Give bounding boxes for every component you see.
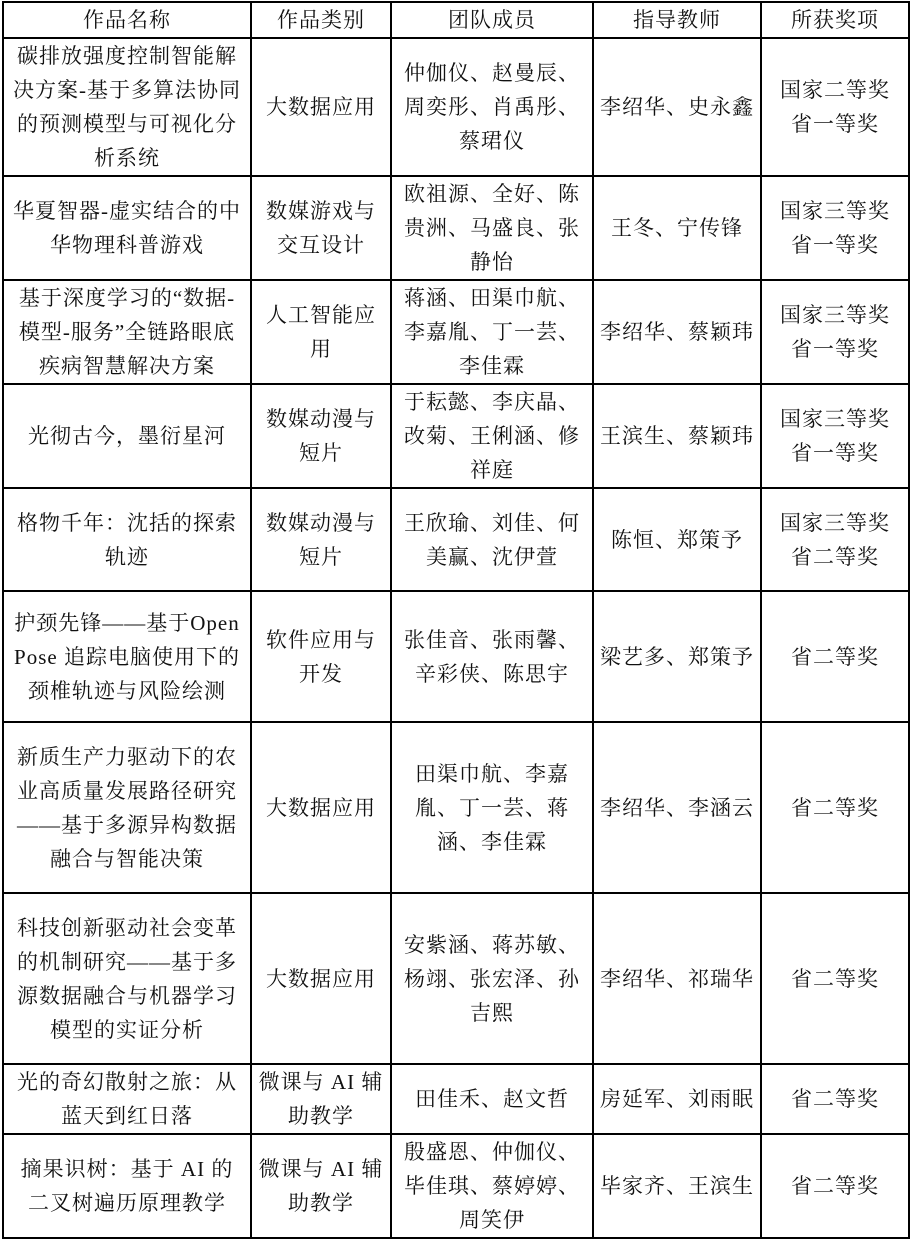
award-provincial: 省一等奖 xyxy=(768,332,902,366)
category: 数媒游戏与交互设计 xyxy=(251,176,391,280)
project-name: 摘果识树：基于 AI 的二叉树遍历原理教学 xyxy=(3,1134,251,1238)
table-row: 格物千年：沈括的探索轨迹 数媒动漫与短片 王欣瑜、刘佳、何美赢、沈伊萱 陈恒、郑… xyxy=(3,488,909,591)
advisor: 房延军、刘雨眠 xyxy=(593,1064,761,1134)
team-members: 蒋涵、田渠巾航、李嘉胤、丁一芸、李佳霖 xyxy=(391,280,593,384)
award-provincial: 省二等奖 xyxy=(768,640,902,674)
advisor: 李绍华、蔡颖玮 xyxy=(593,280,761,384)
team-members: 殷盛恩、仲伽仪、毕佳琪、蔡婷婷、周笑伊 xyxy=(391,1134,593,1238)
award: 国家二等奖 省一等奖 xyxy=(761,38,909,176)
award-provincial: 省二等奖 xyxy=(768,540,902,574)
project-name: 碳排放强度控制智能解决方案-基于多算法协同的预测模型与可视化分析系统 xyxy=(3,38,251,176)
category: 数媒动漫与短片 xyxy=(251,384,391,488)
project-name: 科技创新驱动社会变革的机制研究——基于多源数据融合与机器学习模型的实证分析 xyxy=(3,893,251,1064)
project-name: 新质生产力驱动下的农业高质量发展路径研究——基于多源异构数据融合与智能决策 xyxy=(3,722,251,893)
award-national: 国家二等奖 xyxy=(768,73,902,107)
table-row: 光的奇幻散射之旅：从蓝天到红日落 微课与 AI 辅助教学 田佳禾、赵文哲 房延军… xyxy=(3,1064,909,1134)
team-members: 仲伽仪、赵曼辰、周奕彤、肖禹彤、蔡珺仪 xyxy=(391,38,593,176)
advisor: 王滨生、蔡颖玮 xyxy=(593,384,761,488)
category: 大数据应用 xyxy=(251,722,391,893)
advisor: 毕家齐、王滨生 xyxy=(593,1134,761,1238)
award-national: 国家三等奖 xyxy=(768,506,902,540)
project-name: 格物千年：沈括的探索轨迹 xyxy=(3,488,251,591)
category: 微课与 AI 辅助教学 xyxy=(251,1064,391,1134)
award: 省二等奖 xyxy=(761,591,909,722)
award-national: 国家三等奖 xyxy=(768,402,902,436)
table-row: 碳排放强度控制智能解决方案-基于多算法协同的预测模型与可视化分析系统 大数据应用… xyxy=(3,38,909,176)
category: 微课与 AI 辅助教学 xyxy=(251,1134,391,1238)
category: 大数据应用 xyxy=(251,38,391,176)
team-members: 张佳音、张雨馨、辛彩侠、陈思宇 xyxy=(391,591,593,722)
award-national: 国家三等奖 xyxy=(768,194,902,228)
category: 软件应用与开发 xyxy=(251,591,391,722)
table-row: 光彻古今，墨衍星河 数媒动漫与短片 于耘懿、李庆晶、改菊、王俐涵、修祥庭 王滨生… xyxy=(3,384,909,488)
category: 大数据应用 xyxy=(251,893,391,1064)
table-row: 摘果识树：基于 AI 的二叉树遍历原理教学 微课与 AI 辅助教学 殷盛恩、仲伽… xyxy=(3,1134,909,1238)
team-members: 欧祖源、全好、陈贵洲、马盛良、张静怡 xyxy=(391,176,593,280)
award: 省二等奖 xyxy=(761,1064,909,1134)
team-members: 田佳禾、赵文哲 xyxy=(391,1064,593,1134)
table-row: 护颈先锋——基于OpenPose 追踪电脑使用下的颈椎轨迹与风险绘测 软件应用与… xyxy=(3,591,909,722)
award: 省二等奖 xyxy=(761,893,909,1064)
advisor: 王冬、宁传锋 xyxy=(593,176,761,280)
header-category: 作品类别 xyxy=(251,2,391,38)
project-name: 光彻古今，墨衍星河 xyxy=(3,384,251,488)
award: 国家三等奖 省一等奖 xyxy=(761,280,909,384)
header-award: 所获奖项 xyxy=(761,2,909,38)
award-national: 国家三等奖 xyxy=(768,298,902,332)
award-provincial: 省二等奖 xyxy=(768,1169,902,1203)
advisor: 陈恒、郑策予 xyxy=(593,488,761,591)
project-name: 光的奇幻散射之旅：从蓝天到红日落 xyxy=(3,1064,251,1134)
project-name: 护颈先锋——基于OpenPose 追踪电脑使用下的颈椎轨迹与风险绘测 xyxy=(3,591,251,722)
award-provincial: 省二等奖 xyxy=(768,1082,902,1116)
awards-table: 作品名称 作品类别 团队成员 指导教师 所获奖项 碳排放强度控制智能解决方案-基… xyxy=(2,1,910,1239)
table-row: 华夏智器-虚实结合的中华物理科普游戏 数媒游戏与交互设计 欧祖源、全好、陈贵洲、… xyxy=(3,176,909,280)
project-name: 华夏智器-虚实结合的中华物理科普游戏 xyxy=(3,176,251,280)
header-team-members: 团队成员 xyxy=(391,2,593,38)
award-provincial: 省一等奖 xyxy=(768,436,902,470)
category: 数媒动漫与短片 xyxy=(251,488,391,591)
team-members: 王欣瑜、刘佳、何美赢、沈伊萱 xyxy=(391,488,593,591)
advisor: 李绍华、史永鑫 xyxy=(593,38,761,176)
header-advisor: 指导教师 xyxy=(593,2,761,38)
header-project-name: 作品名称 xyxy=(3,2,251,38)
project-name: 基于深度学习的“数据-模型-服务”全链路眼底疾病智慧解决方案 xyxy=(3,280,251,384)
award: 国家三等奖 省一等奖 xyxy=(761,176,909,280)
award: 国家三等奖 省一等奖 xyxy=(761,384,909,488)
advisor: 李绍华、李涵云 xyxy=(593,722,761,893)
award-provincial: 省二等奖 xyxy=(768,962,902,996)
advisor: 李绍华、祁瑞华 xyxy=(593,893,761,1064)
table-row: 科技创新驱动社会变革的机制研究——基于多源数据融合与机器学习模型的实证分析 大数… xyxy=(3,893,909,1064)
team-members: 安紫涵、蒋苏敏、杨翊、张宏泽、孙吉熙 xyxy=(391,893,593,1064)
table-row: 新质生产力驱动下的农业高质量发展路径研究——基于多源异构数据融合与智能决策 大数… xyxy=(3,722,909,893)
award-provincial: 省二等奖 xyxy=(768,791,902,825)
team-members: 于耘懿、李庆晶、改菊、王俐涵、修祥庭 xyxy=(391,384,593,488)
award: 省二等奖 xyxy=(761,1134,909,1238)
award: 国家三等奖 省二等奖 xyxy=(761,488,909,591)
table-header-row: 作品名称 作品类别 团队成员 指导教师 所获奖项 xyxy=(3,2,909,38)
award: 省二等奖 xyxy=(761,722,909,893)
category: 人工智能应用 xyxy=(251,280,391,384)
award-provincial: 省一等奖 xyxy=(768,107,902,141)
advisor: 梁艺多、郑策予 xyxy=(593,591,761,722)
award-provincial: 省一等奖 xyxy=(768,228,902,262)
team-members: 田渠巾航、李嘉胤、丁一芸、蒋涵、李佳霖 xyxy=(391,722,593,893)
table-row: 基于深度学习的“数据-模型-服务”全链路眼底疾病智慧解决方案 人工智能应用 蒋涵… xyxy=(3,280,909,384)
